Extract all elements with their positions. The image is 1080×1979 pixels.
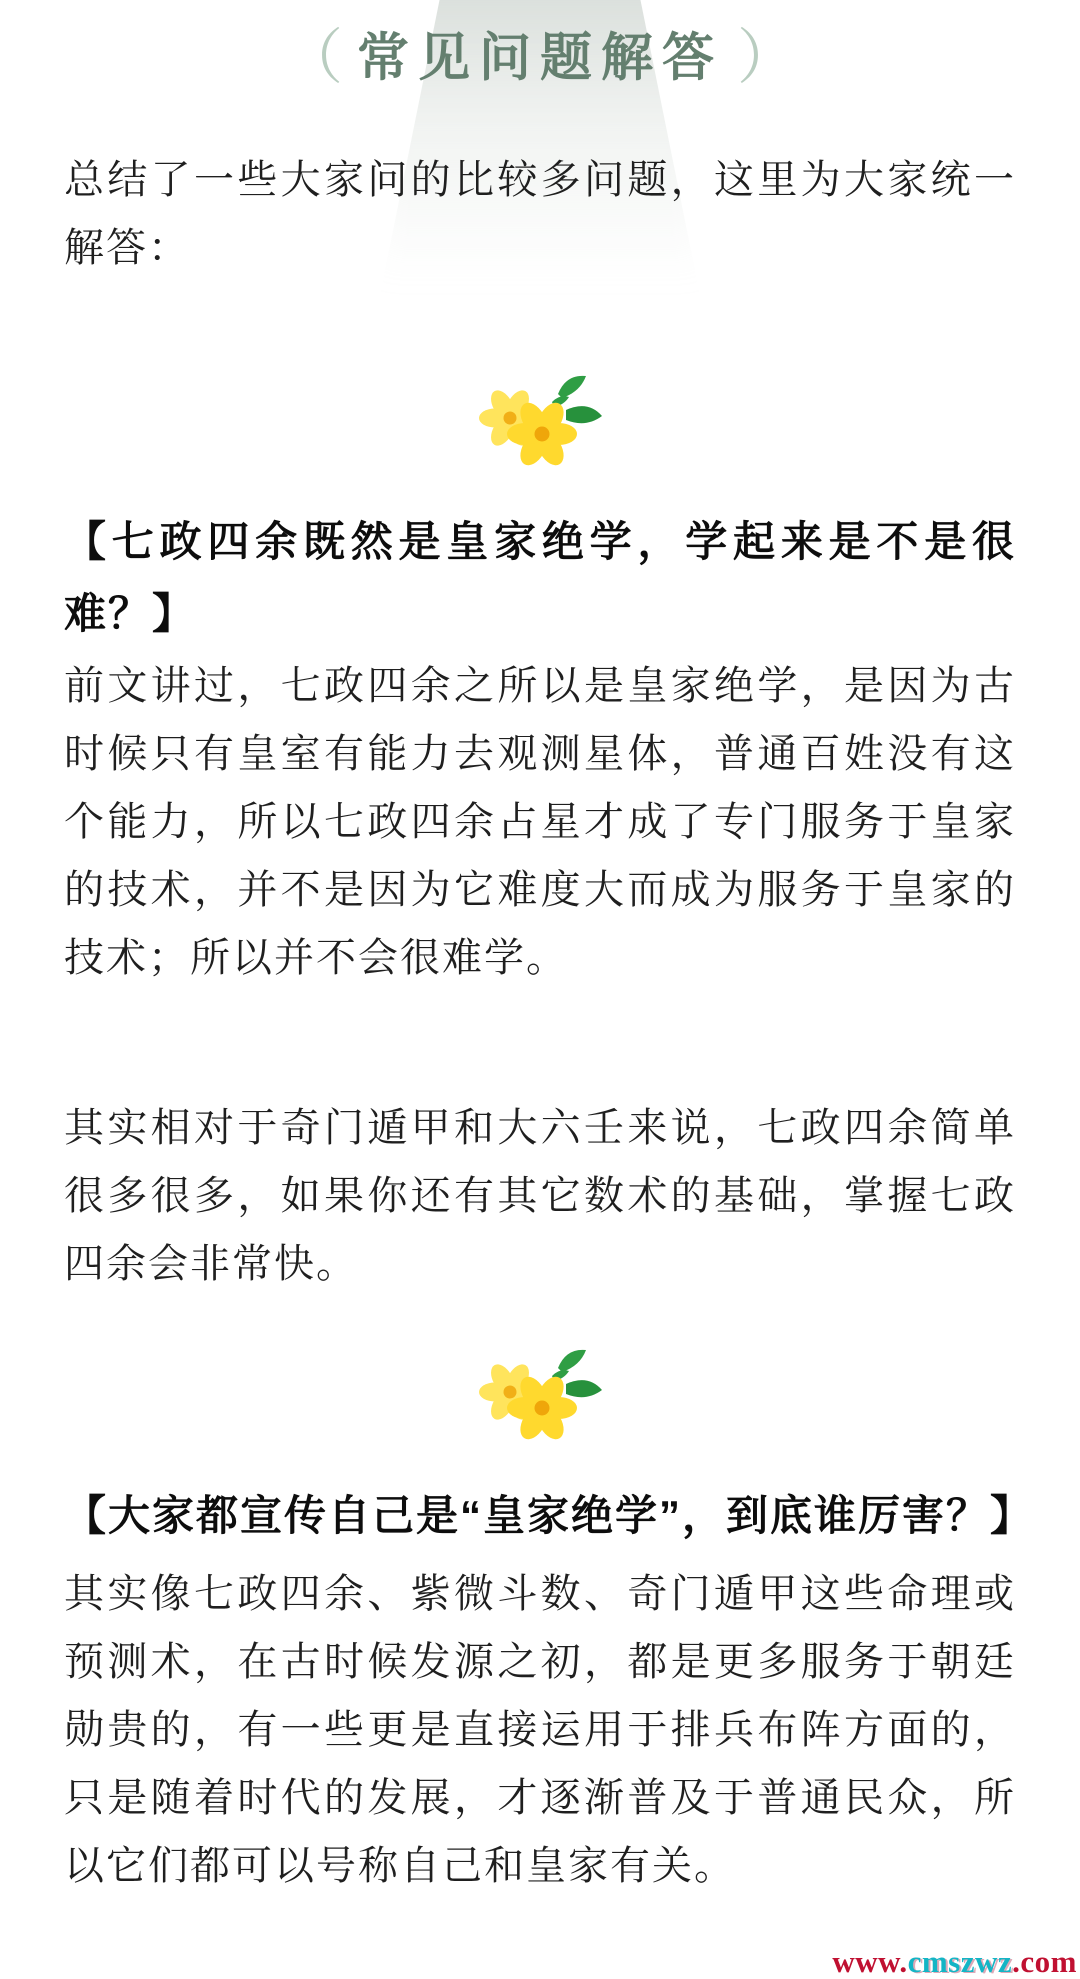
answer-1-paragraph-2: 其实相对于奇门遁甲和大六壬来说，七政四余简单很多很多，如果你还有其它数术的基础，… — [64, 1094, 1016, 1298]
watermark-url: www.cmszwz.com — [832, 1946, 1077, 1977]
answer-2-paragraph-1: 其实像七政四余、紫微斗数、奇门遁甲这些命理或预测术，在古时候发源之初，都是更多服… — [64, 1560, 1016, 1900]
article-page: （常见问题解答） 总结了一些大家问的比较多问题，这里为大家统一解答： — [0, 0, 1080, 1979]
page-title-text: 常见问题解答 — [357, 30, 723, 88]
watermark-www: www. — [832, 1944, 907, 1979]
question-1-heading: 【七政四余既然是皇家绝学，学起来是不是很难？】 — [64, 506, 1016, 650]
flower-icon — [474, 1344, 606, 1446]
watermark-domain: cmszwz — [908, 1944, 1013, 1979]
page-title: （常见问题解答） — [0, 0, 1080, 92]
title-close-paren-icon: ） — [737, 24, 797, 91]
question-2-heading: 【大家都宣传自己是“皇家绝学”，到底谁厉害？】 — [64, 1480, 1016, 1552]
article-content: 总结了一些大家问的比较多问题，这里为大家统一解答： — [0, 146, 1080, 1900]
watermark-tld: .com — [1012, 1944, 1077, 1979]
answer-1-paragraph-1: 前文讲过，七政四余之所以是皇家绝学，是因为古时候只有皇室有能力去观测星体，普通百… — [64, 652, 1016, 992]
intro-paragraph: 总结了一些大家问的比较多问题，这里为大家统一解答： — [64, 146, 1016, 282]
flower-icon — [474, 370, 606, 472]
title-open-paren-icon: （ — [283, 24, 343, 91]
